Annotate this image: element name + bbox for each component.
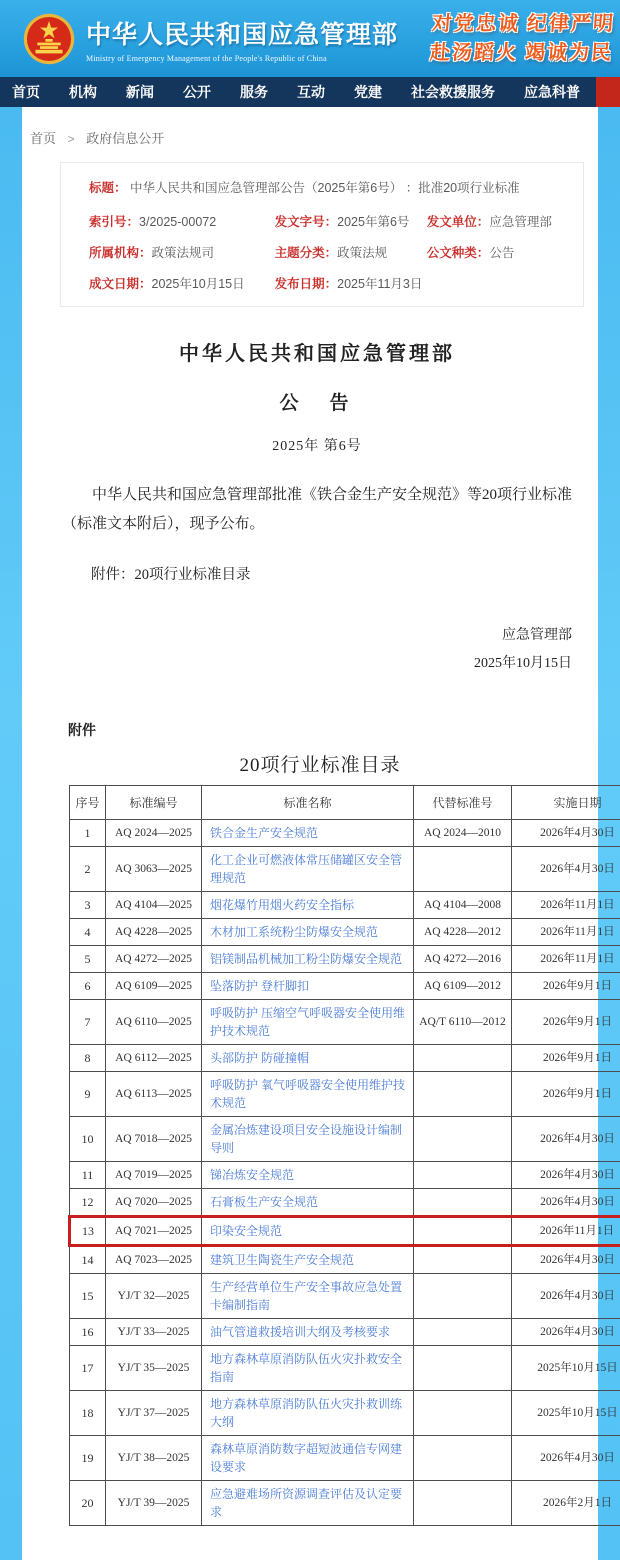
- header-replaced-standard: 代替标准号: [414, 786, 512, 820]
- standard-name-link[interactable]: 应急避难场所资源调查评估及认定要求: [210, 1487, 402, 1519]
- nav-item-disclosure[interactable]: 公开: [183, 82, 211, 102]
- implementation-date-cell: 2025年10月15日: [512, 1346, 620, 1391]
- serial-number-cell: 8: [70, 1045, 106, 1072]
- table-row: 14 AQ 7023—2025 建筑卫生陶瓷生产安全规范 2026年4月30日: [70, 1246, 620, 1274]
- standard-name-cell: 应急避难场所资源调查评估及认定要求: [202, 1481, 414, 1526]
- serial-number-cell: 5: [70, 946, 106, 973]
- attachment-table-title: 20项行业标准目录: [68, 750, 572, 777]
- implementation-date-cell: 2026年11月1日: [512, 892, 620, 919]
- implementation-date-cell: 2026年9月1日: [512, 973, 620, 1000]
- standard-name-cell: 地方森林草原消防队伍火灾扑救训练大纲: [202, 1391, 414, 1436]
- site-header: 中华人民共和国应急管理部 Ministry of Emergency Manag…: [0, 0, 620, 77]
- serial-number-cell: 6: [70, 973, 106, 1000]
- replaced-standard-cell: [414, 1246, 512, 1274]
- nav-item-party-building[interactable]: 党建: [354, 82, 382, 102]
- implementation-date-cell: 2026年4月30日: [512, 1117, 620, 1162]
- main-nav: 首页机构新闻公开服务互动党建社会救援服务应急科普: [0, 77, 620, 107]
- serial-number-cell: 17: [70, 1346, 106, 1391]
- standard-name-cell: 坠落防护 登杆脚扣: [202, 973, 414, 1000]
- meta-field-written-date: 成文日期：2025年10月15日: [89, 274, 271, 292]
- standard-code-cell: AQ 6113—2025: [106, 1072, 202, 1117]
- standard-name-cell: 化工企业可燃液体常压储罐区安全管理规范: [202, 847, 414, 892]
- serial-number-cell: 14: [70, 1246, 106, 1274]
- serial-number-cell: 16: [70, 1319, 106, 1346]
- standard-code-cell: AQ 6110—2025: [106, 1000, 202, 1045]
- replaced-standard-cell: [414, 1189, 512, 1217]
- agency-name: 中华人民共和国应急管理部: [86, 15, 398, 51]
- implementation-date-cell: 2026年9月1日: [512, 1000, 620, 1045]
- document-metadata-box: 标题： 中华人民共和国应急管理部公告（2025年第6号） ：批准20项行业标准 …: [60, 162, 584, 307]
- standard-code-cell: YJ/T 35—2025: [106, 1346, 202, 1391]
- agency-title-block: 中华人民共和国应急管理部 Ministry of Emergency Manag…: [86, 15, 398, 63]
- table-row: 4 AQ 4228—2025 木材加工系统粉尘防爆安全规范 AQ 4228—20…: [70, 919, 620, 946]
- serial-number-cell: 3: [70, 892, 106, 919]
- serial-number-cell: 18: [70, 1391, 106, 1436]
- document-signature: 应急管理部 2025年10月15日: [62, 622, 572, 678]
- attachment-label: 附件: [68, 720, 598, 740]
- implementation-date-cell: 2026年4月30日: [512, 1162, 620, 1189]
- meta-field-department: 所属机构：政策法规司: [89, 243, 271, 261]
- meta-title-value: 中华人民共和国应急管理部公告（2025年第6号） ：批准20项行业标准: [130, 181, 520, 195]
- standard-code-cell: YJ/T 39—2025: [106, 1481, 202, 1526]
- standard-code-cell: AQ 7023—2025: [106, 1246, 202, 1274]
- meta-fields-grid: 索引号：3/2025-00072 发文字号：2025年第6号 发文单位：应急管理…: [89, 212, 567, 292]
- nav-item-social-rescue[interactable]: 社会救援服务: [411, 82, 495, 102]
- announcement-document: 中华人民共和国应急管理部 公 告 2025年 第6号 中华人民共和国应急管理部批…: [22, 307, 598, 679]
- meta-field-doc-type: 公文种类：公告: [427, 243, 575, 261]
- implementation-date-cell: 2026年4月30日: [512, 1189, 620, 1217]
- nav-item-home[interactable]: 首页: [12, 82, 40, 102]
- meta-field-topic: 主题分类：政策法规: [275, 243, 423, 261]
- table-row: 3 AQ 4104—2025 烟花爆竹用烟火药安全指标 AQ 4104—2008…: [70, 892, 620, 919]
- implementation-date-cell: 2025年10月15日: [512, 1391, 620, 1436]
- breadcrumb-separator: >: [68, 132, 75, 146]
- implementation-date-cell: 2026年4月30日: [512, 820, 620, 847]
- replaced-standard-cell: [414, 1045, 512, 1072]
- nav-item-organization[interactable]: 机构: [69, 82, 97, 102]
- standard-code-cell: AQ 6112—2025: [106, 1045, 202, 1072]
- standard-name-cell: 锑冶炼安全规范: [202, 1162, 414, 1189]
- standard-name-link[interactable]: 印染安全规范: [210, 1224, 282, 1238]
- standard-name-link[interactable]: 烟花爆竹用烟火药安全指标: [210, 898, 354, 912]
- standard-code-cell: AQ 6109—2025: [106, 973, 202, 1000]
- implementation-date-cell: 2026年11月1日: [512, 1217, 620, 1246]
- standard-code-cell: AQ 4272—2025: [106, 946, 202, 973]
- table-row: 15 YJ/T 32—2025 生产经营单位生产安全事故应急处置卡编制指南 20…: [70, 1274, 620, 1319]
- standard-name-cell: 建筑卫生陶瓷生产安全规范: [202, 1246, 414, 1274]
- standard-name-link[interactable]: 地方森林草原消防队伍火灾扑救训练大纲: [210, 1397, 402, 1429]
- header-implementation-date: 实施日期: [512, 786, 620, 820]
- serial-number-cell: 13: [70, 1217, 106, 1246]
- table-row: 19 YJ/T 38—2025 森林草原消防数字超短波通信专网建设要求 2026…: [70, 1436, 620, 1481]
- standard-name-link[interactable]: 木材加工系统粉尘防爆安全规范: [210, 925, 378, 939]
- serial-number-cell: 4: [70, 919, 106, 946]
- implementation-date-cell: 2026年11月1日: [512, 946, 620, 973]
- header-serial: 序号: [70, 786, 106, 820]
- breadcrumb-current-link[interactable]: 政府信息公开: [86, 131, 164, 146]
- standard-name-link[interactable]: 铁合金生产安全规范: [210, 826, 318, 840]
- implementation-date-cell: 2026年4月30日: [512, 1436, 620, 1481]
- meta-field-doc-no: 发文字号：2025年第6号: [275, 212, 423, 230]
- standard-code-cell: AQ 4228—2025: [106, 919, 202, 946]
- nav-item-emergency-science[interactable]: 应急科普: [524, 82, 580, 102]
- meta-field-empty: [427, 274, 575, 292]
- highlighted-row: 13 AQ 7021—2025 印染安全规范 2026年11月1日: [70, 1217, 620, 1246]
- standard-code-cell: AQ 7019—2025: [106, 1162, 202, 1189]
- table-row: 20 YJ/T 39—2025 应急避难场所资源调查评估及认定要求 2026年2…: [70, 1481, 620, 1526]
- standard-name-cell: 铝镁制品机械加工粉尘防爆安全规范: [202, 946, 414, 973]
- serial-number-cell: 10: [70, 1117, 106, 1162]
- standard-code-cell: AQ 4104—2025: [106, 892, 202, 919]
- replaced-standard-cell: [414, 1436, 512, 1481]
- standard-name-cell: 金属冶炼建设项目安全设施设计编制导则: [202, 1117, 414, 1162]
- standard-code-cell: AQ 3063—2025: [106, 847, 202, 892]
- nav-red-accent: [596, 77, 620, 107]
- table-row: 17 YJ/T 35—2025 地方森林草原消防队伍火灾扑救安全指南 2025年…: [70, 1346, 620, 1391]
- replaced-standard-cell: AQ 4104—2008: [414, 892, 512, 919]
- replaced-standard-cell: AQ 6109—2012: [414, 973, 512, 1000]
- standard-code-cell: YJ/T 33—2025: [106, 1319, 202, 1346]
- meta-field-issuer: 发文单位：应急管理部: [427, 212, 575, 230]
- content-area: 首页 > 政府信息公开 标题： 中华人民共和国应急管理部公告（2025年第6号）…: [22, 107, 598, 1560]
- breadcrumb-home-link[interactable]: 首页: [30, 131, 56, 146]
- slogan-block: 对党忠诚 纪律严明 赴汤蹈火 竭诚为民: [429, 10, 620, 68]
- document-attachment-line: 附件：20项行业标准目录: [62, 563, 572, 584]
- replaced-standard-cell: AQ 4272—2016: [414, 946, 512, 973]
- meta-title-label: 标题：: [89, 181, 127, 195]
- table-row: 8 AQ 6112—2025 头部防护 防碰撞帽 2026年9月1日: [70, 1045, 620, 1072]
- standard-name-cell: 呼吸防护 压缩空气呼吸器安全使用维护技术规范: [202, 1000, 414, 1045]
- standard-name-cell: 头部防护 防碰撞帽: [202, 1045, 414, 1072]
- standard-name-link[interactable]: 建筑卫生陶瓷生产安全规范: [210, 1253, 354, 1267]
- replaced-standard-cell: [414, 1217, 512, 1246]
- table-row: 11 AQ 7019—2025 锑冶炼安全规范 2026年4月30日: [70, 1162, 620, 1189]
- slogan-line-2: 赴汤蹈火 竭诚为民: [429, 39, 614, 68]
- slogan-line-1: 对党忠诚 纪律严明: [431, 10, 616, 39]
- sign-date: 2025年10月15日: [62, 650, 572, 678]
- standard-name-cell: 地方森林草原消防队伍火灾扑救安全指南: [202, 1346, 414, 1391]
- serial-number-cell: 1: [70, 820, 106, 847]
- serial-number-cell: 12: [70, 1189, 106, 1217]
- replaced-standard-cell: [414, 1162, 512, 1189]
- standard-name-cell: 森林草原消防数字超短波通信专网建设要求: [202, 1436, 414, 1481]
- table-row: 2 AQ 3063—2025 化工企业可燃液体常压储罐区安全管理规范 2026年…: [70, 847, 620, 892]
- standard-name-cell: 印染安全规范: [202, 1217, 414, 1246]
- table-row: 10 AQ 7018—2025 金属冶炼建设项目安全设施设计编制导则 2026年…: [70, 1117, 620, 1162]
- table-row: 5 AQ 4272—2025 铝镁制品机械加工粉尘防爆安全规范 AQ 4272—…: [70, 946, 620, 973]
- meta-field-index-no: 索引号：3/2025-00072: [89, 212, 271, 230]
- standards-table: 序号 标准编号 标准名称 代替标准号 实施日期 1 AQ 2024—2025 铁…: [68, 785, 620, 1526]
- replaced-standard-cell: [414, 1117, 512, 1162]
- standard-name-link[interactable]: 金属冶炼建设项目安全设施设计编制导则: [210, 1123, 402, 1155]
- standard-name-cell: 呼吸防护 氧气呼吸器安全使用维护技术规范: [202, 1072, 414, 1117]
- standard-name-link[interactable]: 呼吸防护 压缩空气呼吸器安全使用维护技术规范: [210, 1006, 405, 1038]
- standard-name-cell: 木材加工系统粉尘防爆安全规范: [202, 919, 414, 946]
- standard-name-link[interactable]: 锑冶炼安全规范: [210, 1168, 294, 1182]
- replaced-standard-cell: [414, 1319, 512, 1346]
- meta-title-row: 标题： 中华人民共和国应急管理部公告（2025年第6号） ：批准20项行业标准: [89, 179, 567, 198]
- national-emblem-icon: [22, 12, 76, 66]
- meta-field-publish-date: 发布日期：2025年11月3日: [275, 274, 423, 292]
- serial-number-cell: 7: [70, 1000, 106, 1045]
- standard-name-cell: 石膏板生产安全规范: [202, 1189, 414, 1217]
- agency-name-en: Ministry of Emergency Management of the …: [86, 54, 398, 63]
- replaced-standard-cell: [414, 1274, 512, 1319]
- document-org-title: 中华人民共和国应急管理部: [62, 337, 572, 366]
- implementation-date-cell: 2026年4月30日: [512, 847, 620, 892]
- standard-name-link[interactable]: 生产经营单位生产安全事故应急处置卡编制指南: [210, 1280, 402, 1312]
- standard-name-link[interactable]: 化工企业可燃液体常压储罐区安全管理规范: [210, 853, 402, 885]
- page: 中华人民共和国应急管理部 Ministry of Emergency Manag…: [0, 0, 620, 1560]
- standard-code-cell: AQ 7020—2025: [106, 1189, 202, 1217]
- table-row: 12 AQ 7020—2025 石膏板生产安全规范 2026年4月30日: [70, 1189, 620, 1217]
- implementation-date-cell: 2026年4月30日: [512, 1319, 620, 1346]
- document-body-paragraph: 中华人民共和国应急管理部批准《铁合金生产安全规范》等20项行业标准（标准文本附后…: [62, 481, 572, 540]
- document-type-title: 公 告: [62, 388, 572, 415]
- serial-number-cell: 20: [70, 1481, 106, 1526]
- table-row: 7 AQ 6110—2025 呼吸防护 压缩空气呼吸器安全使用维护技术规范 AQ…: [70, 1000, 620, 1045]
- standard-name-link[interactable]: 石膏板生产安全规范: [210, 1195, 318, 1209]
- standard-name-link[interactable]: 头部防护 防碰撞帽: [210, 1051, 309, 1065]
- standards-table-body: 1 AQ 2024—2025 铁合金生产安全规范 AQ 2024—2010 20…: [70, 820, 620, 1526]
- nav-item-interaction[interactable]: 互动: [297, 82, 325, 102]
- replaced-standard-cell: [414, 847, 512, 892]
- implementation-date-cell: 2026年9月1日: [512, 1072, 620, 1117]
- header-standard-code: 标准编号: [106, 786, 202, 820]
- replaced-standard-cell: [414, 1346, 512, 1391]
- signer-name: 应急管理部: [62, 622, 572, 650]
- header-standard-name: 标准名称: [202, 786, 414, 820]
- standard-name-cell: 烟花爆竹用烟火药安全指标: [202, 892, 414, 919]
- table-row: 1 AQ 2024—2025 铁合金生产安全规范 AQ 2024—2010 20…: [70, 820, 620, 847]
- implementation-date-cell: 2026年11月1日: [512, 919, 620, 946]
- implementation-date-cell: 2026年9月1日: [512, 1045, 620, 1072]
- table-row: 18 YJ/T 37—2025 地方森林草原消防队伍火灾扑救训练大纲 2025年…: [70, 1391, 620, 1436]
- replaced-standard-cell: AQ/T 6110—2012: [414, 1000, 512, 1045]
- standard-code-cell: AQ 7018—2025: [106, 1117, 202, 1162]
- replaced-standard-cell: [414, 1481, 512, 1526]
- serial-number-cell: 9: [70, 1072, 106, 1117]
- standard-name-cell: 生产经营单位生产安全事故应急处置卡编制指南: [202, 1274, 414, 1319]
- table-row: 9 AQ 6113—2025 呼吸防护 氧气呼吸器安全使用维护技术规范 2026…: [70, 1072, 620, 1117]
- replaced-standard-cell: AQ 4228—2012: [414, 919, 512, 946]
- standard-name-link[interactable]: 铝镁制品机械加工粉尘防爆安全规范: [210, 952, 402, 966]
- breadcrumb: 首页 > 政府信息公开: [22, 107, 598, 147]
- standard-name-link[interactable]: 森林草原消防数字超短波通信专网建设要求: [210, 1442, 402, 1474]
- standard-code-cell: YJ/T 37—2025: [106, 1391, 202, 1436]
- table-row: 6 AQ 6109—2025 坠落防护 登杆脚扣 AQ 6109—2012 20…: [70, 973, 620, 1000]
- serial-number-cell: 11: [70, 1162, 106, 1189]
- serial-number-cell: 19: [70, 1436, 106, 1481]
- standard-name-link[interactable]: 呼吸防护 氧气呼吸器安全使用维护技术规范: [210, 1078, 405, 1110]
- implementation-date-cell: 2026年4月30日: [512, 1274, 620, 1319]
- standard-name-link[interactable]: 地方森林草原消防队伍火灾扑救安全指南: [210, 1352, 402, 1384]
- serial-number-cell: 15: [70, 1274, 106, 1319]
- standard-code-cell: YJ/T 38—2025: [106, 1436, 202, 1481]
- nav-item-services[interactable]: 服务: [240, 82, 268, 102]
- standard-code-cell: AQ 2024—2025: [106, 820, 202, 847]
- replaced-standard-cell: [414, 1391, 512, 1436]
- implementation-date-cell: 2026年4月30日: [512, 1246, 620, 1274]
- standard-name-link[interactable]: 坠落防护 登杆脚扣: [210, 979, 309, 993]
- replaced-standard-cell: AQ 2024—2010: [414, 820, 512, 847]
- standard-name-link[interactable]: 油气管道救援培训大纲及考核要求: [210, 1325, 390, 1339]
- document-issue-number: 2025年 第6号: [62, 435, 572, 455]
- standard-code-cell: YJ/T 32—2025: [106, 1274, 202, 1319]
- table-header-row: 序号 标准编号 标准名称 代替标准号 实施日期: [70, 786, 620, 820]
- nav-items: 首页机构新闻公开服务互动党建社会救援服务应急科普: [0, 77, 596, 107]
- serial-number-cell: 2: [70, 847, 106, 892]
- table-row: 16 YJ/T 33—2025 油气管道救援培训大纲及考核要求 2026年4月3…: [70, 1319, 620, 1346]
- standard-code-cell: AQ 7021—2025: [106, 1217, 202, 1246]
- nav-item-news[interactable]: 新闻: [126, 82, 154, 102]
- standard-name-cell: 油气管道救援培训大纲及考核要求: [202, 1319, 414, 1346]
- implementation-date-cell: 2026年2月1日: [512, 1481, 620, 1526]
- replaced-standard-cell: [414, 1072, 512, 1117]
- standard-name-cell: 铁合金生产安全规范: [202, 820, 414, 847]
